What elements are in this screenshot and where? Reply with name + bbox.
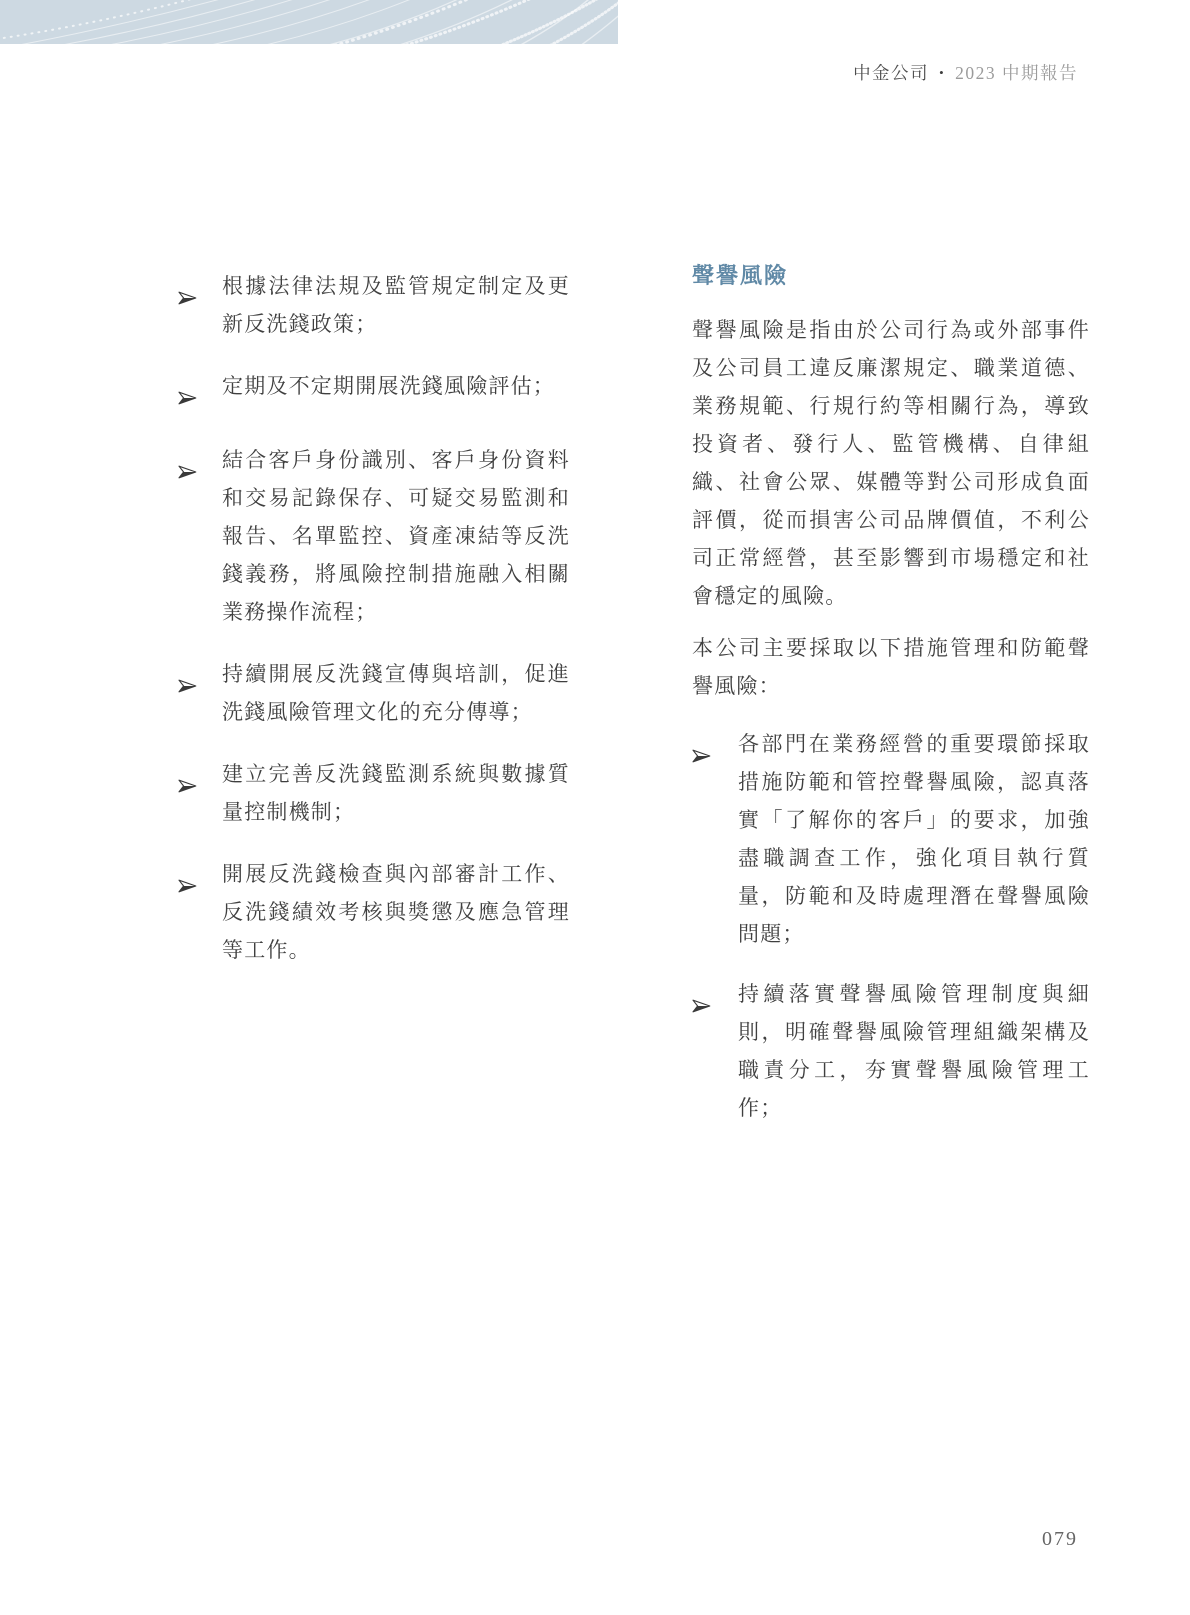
paragraph: 聲譽風險是指由於公司行為或外部事件及公司員工違反廉潔規定、職業道德、業務規範、行… (692, 312, 1090, 616)
list-item-text: 各部門在業務經營的重要環節採取措施防範和管控聲譽風險，認真落實「了解你的客戶」的… (738, 726, 1090, 954)
list-item: 開展反洗錢檢查與內部審計工作、反洗錢績效考核與獎懲及應急管理等工作。 (178, 856, 570, 970)
left-column: 根據法律法規及監管規定制定及更新反洗錢政策； 定期及不定期開展洗錢風險評估； 結… (178, 268, 570, 994)
list-item: 根據法律法規及監管規定制定及更新反洗錢政策； (178, 268, 570, 344)
page-number: 079 (1042, 1528, 1078, 1551)
list-item: 結合客戶身份識別、客戶身份資料和交易記錄保存、可疑交易監測和報告、名單監控、資產… (178, 442, 570, 632)
list-item: 持續開展反洗錢宣傳與培訓，促進洗錢風險管理文化的充分傳導； (178, 656, 570, 732)
list-item: 定期及不定期開展洗錢風險評估； (178, 368, 570, 418)
arrow-bullet-icon (178, 268, 222, 344)
company-name: 中金公司 (853, 60, 929, 85)
list-item: 建立完善反洗錢監測系統與數據質量控制機制； (178, 756, 570, 832)
list-item: 持續落實聲譽風險管理制度與細則，明確聲譽風險管理組織架構及職責分工，夯實聲譽風險… (692, 976, 1090, 1128)
decorative-banner-image (0, 0, 618, 44)
list-item-text: 建立完善反洗錢監測系統與數據質量控制機制； (222, 756, 570, 832)
right-column: 聲譽風險 聲譽風險是指由於公司行為或外部事件及公司員工違反廉潔規定、職業道德、業… (692, 262, 1090, 1150)
arrow-bullet-icon (178, 368, 222, 418)
list-item-text: 持續開展反洗錢宣傳與培訓，促進洗錢風險管理文化的充分傳導； (222, 656, 570, 732)
arrow-bullet-icon (692, 976, 738, 1128)
page-header: 中金公司 • 2023 中期報告 (853, 60, 1078, 85)
list-item-text: 開展反洗錢檢查與內部審計工作、反洗錢績效考核與獎懲及應急管理等工作。 (222, 856, 570, 970)
report-title: 2023 中期報告 (955, 60, 1078, 85)
arrow-bullet-icon (692, 726, 738, 954)
list-item-text: 結合客戶身份識別、客戶身份資料和交易記錄保存、可疑交易監測和報告、名單監控、資產… (222, 442, 570, 632)
list-item-text: 根據法律法規及監管規定制定及更新反洗錢政策； (222, 268, 570, 344)
section-heading-reputation-risk: 聲譽風險 (692, 262, 1090, 290)
separator-dot: • (939, 65, 945, 81)
arrow-bullet-icon (178, 856, 222, 970)
bullet-group: 各部門在業務經營的重要環節採取措施防範和管控聲譽風險，認真落實「了解你的客戶」的… (692, 726, 1090, 1128)
arrow-bullet-icon (178, 442, 222, 632)
paragraph: 本公司主要採取以下措施管理和防範聲譽風險： (692, 630, 1090, 706)
list-item-text: 持續落實聲譽風險管理制度與細則，明確聲譽風險管理組織架構及職責分工，夯實聲譽風險… (738, 976, 1090, 1128)
list-item: 各部門在業務經營的重要環節採取措施防範和管控聲譽風險，認真落實「了解你的客戶」的… (692, 726, 1090, 954)
list-item-text: 定期及不定期開展洗錢風險評估； (222, 368, 570, 418)
arrow-bullet-icon (178, 656, 222, 732)
arrow-bullet-icon (178, 756, 222, 832)
